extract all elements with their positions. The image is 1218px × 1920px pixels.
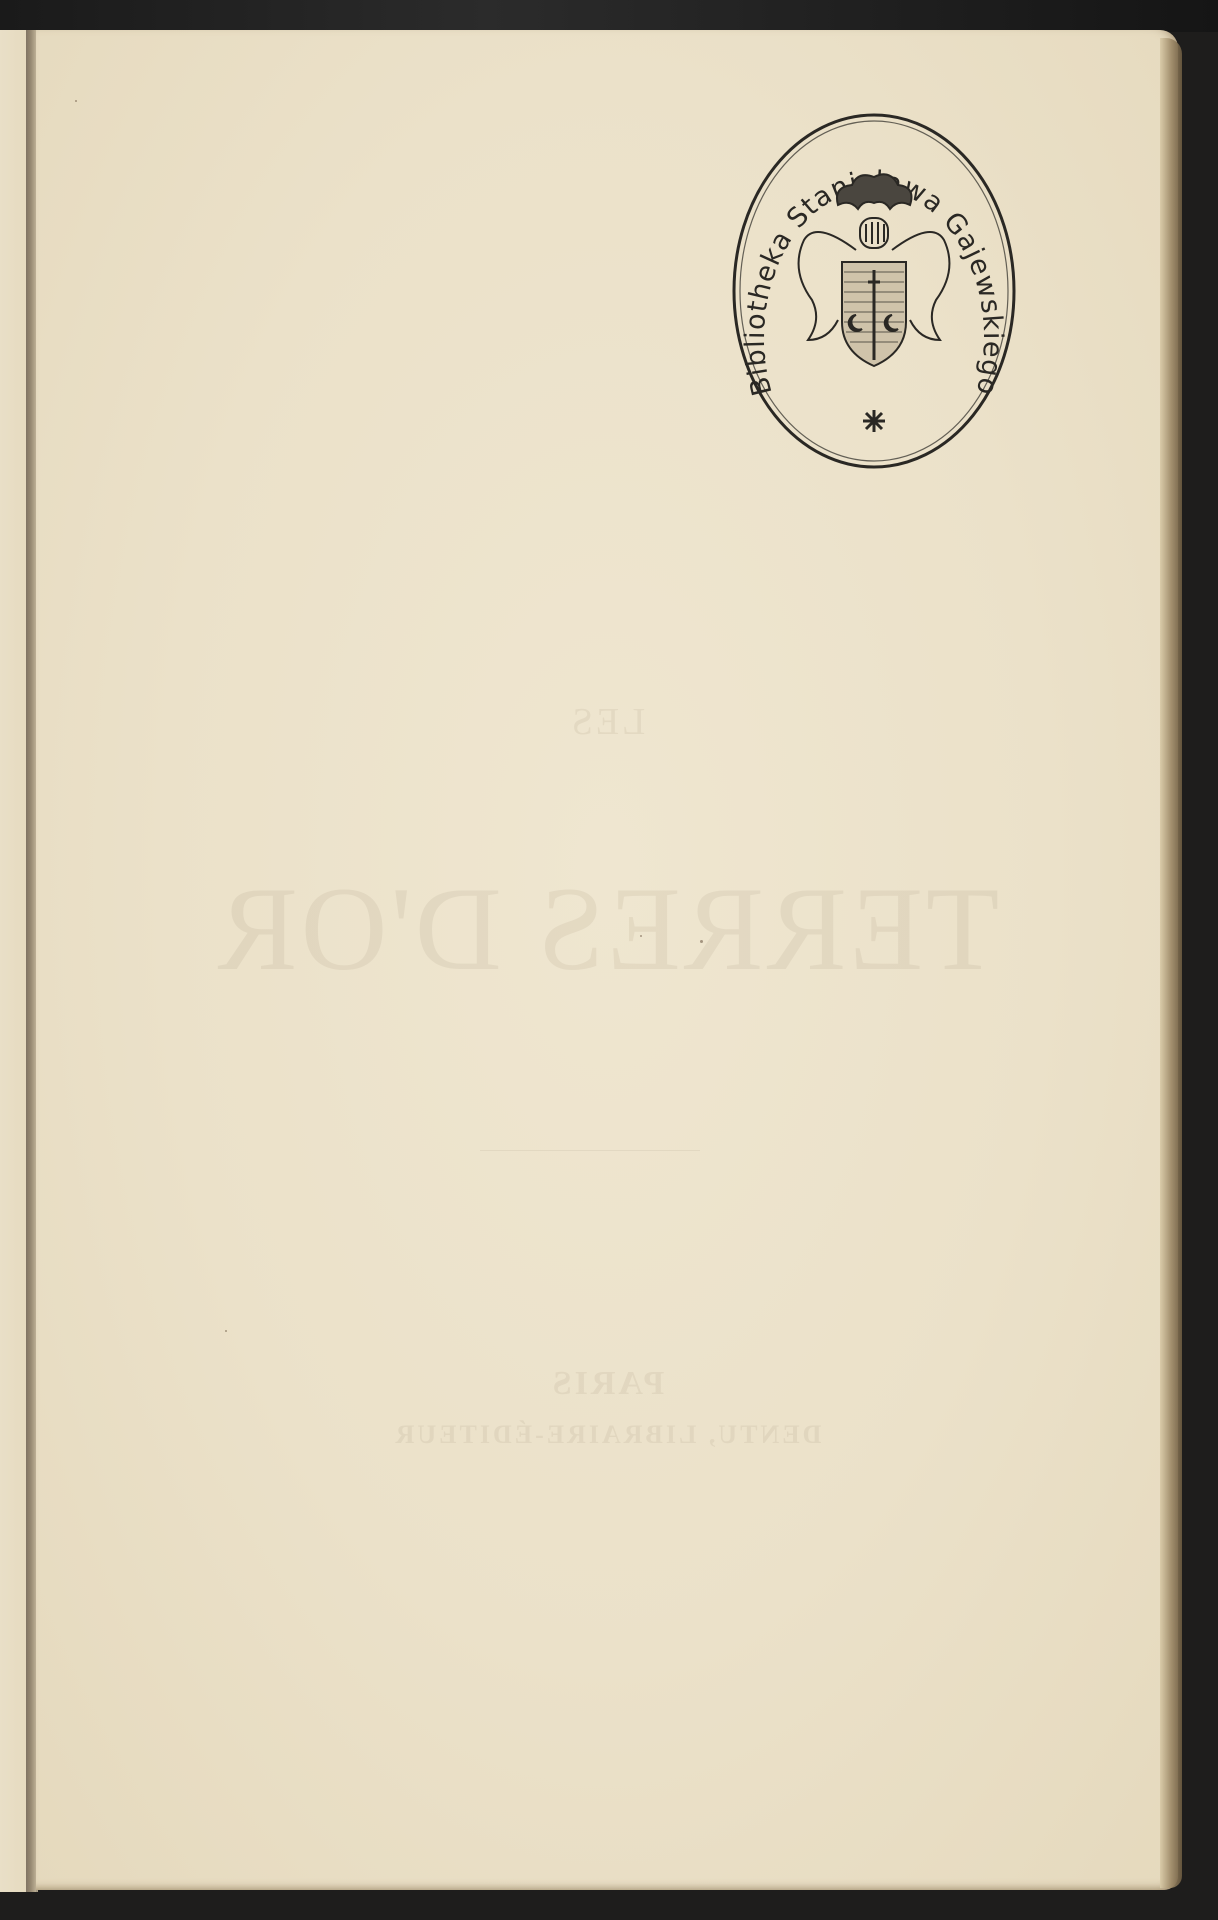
library-stamp: Bibliotheka Stanisława Gajewskiego bbox=[728, 110, 1020, 472]
paper-speck bbox=[640, 935, 642, 937]
scanner-background-top bbox=[0, 0, 1218, 32]
asterisk-flower-icon bbox=[863, 410, 885, 432]
bleed-through-title: TERRES D'OR bbox=[36, 860, 1178, 998]
paper-speck bbox=[700, 940, 703, 943]
bleed-through-rule bbox=[480, 1150, 700, 1151]
bleed-through-publisher: DENTU, LIBRAIRE-ÉDITEUR bbox=[36, 1420, 1178, 1450]
paper-speck bbox=[225, 1330, 227, 1332]
bleed-through-les: LES bbox=[36, 700, 1178, 744]
paper-speck bbox=[75, 100, 77, 102]
bleed-through-city: PARIS bbox=[36, 1365, 1178, 1403]
